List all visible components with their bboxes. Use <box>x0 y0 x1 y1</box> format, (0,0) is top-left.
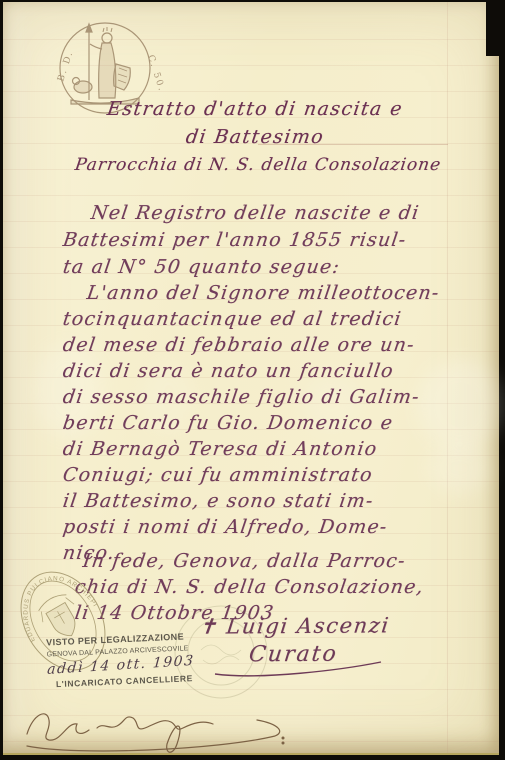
title-line-1: Estratto d'atto di nascita e <box>57 94 453 124</box>
paper-sheet: C. 50. B. D. Estratto d'atto di nascita … <box>3 2 499 755</box>
revenue-stamp-arc-left: B. D. <box>56 49 75 83</box>
body-line: tocinquantacinque ed al tredici <box>61 306 447 332</box>
closing-line: chia di N. S. della Consolazione, <box>73 574 457 600</box>
title-line-2: di Battesimo <box>57 124 453 150</box>
title-line-3: Parrocchia di N. S. della Consolazione <box>57 150 453 180</box>
document-title: Estratto d'atto di nascita e di Battesim… <box>59 94 451 180</box>
body-line: Battesimi per l'anno 1855 risul- <box>61 227 443 254</box>
body-line: ta al N° 50 quanto segue: <box>61 254 443 281</box>
body-line: Nel Registro delle nascite e di <box>61 200 443 227</box>
body-line: del mese di febbraio alle ore un- <box>61 332 447 358</box>
register-reference-paragraph: Nel Registro delle nascite e di Battesim… <box>63 200 441 281</box>
chancellor-signature <box>17 688 307 756</box>
body-line: Coniugi; cui fu amministrato <box>61 462 447 488</box>
body-line: di Bernagò Teresa di Antonio <box>61 436 447 462</box>
closing-line: In fede, Genova, dalla Parroc- <box>73 548 457 574</box>
body-line: di sesso maschile figlio di Galim- <box>61 384 447 410</box>
body-line: posti i nomi di Alfredo, Dome- <box>61 514 447 540</box>
body-line: berti Carlo fu Gio. Domenico e <box>61 410 447 436</box>
body-line: dici di sera è nato un fanciullo <box>61 358 447 384</box>
legalization-stamp: VISTO PER LEGALIZZAZIONE GENOVA DAL PALA… <box>46 631 208 690</box>
scan-edge-notch <box>486 2 499 56</box>
scanned-document: C. 50. B. D. Estratto d'atto di nascita … <box>0 0 505 760</box>
birth-record-paragraph: L'anno del Signore milleottocen- tocinqu… <box>63 280 445 566</box>
body-line: L'anno del Signore milleottocen- <box>61 280 447 306</box>
body-line: il Battesimo, e sono stati im- <box>61 488 447 514</box>
